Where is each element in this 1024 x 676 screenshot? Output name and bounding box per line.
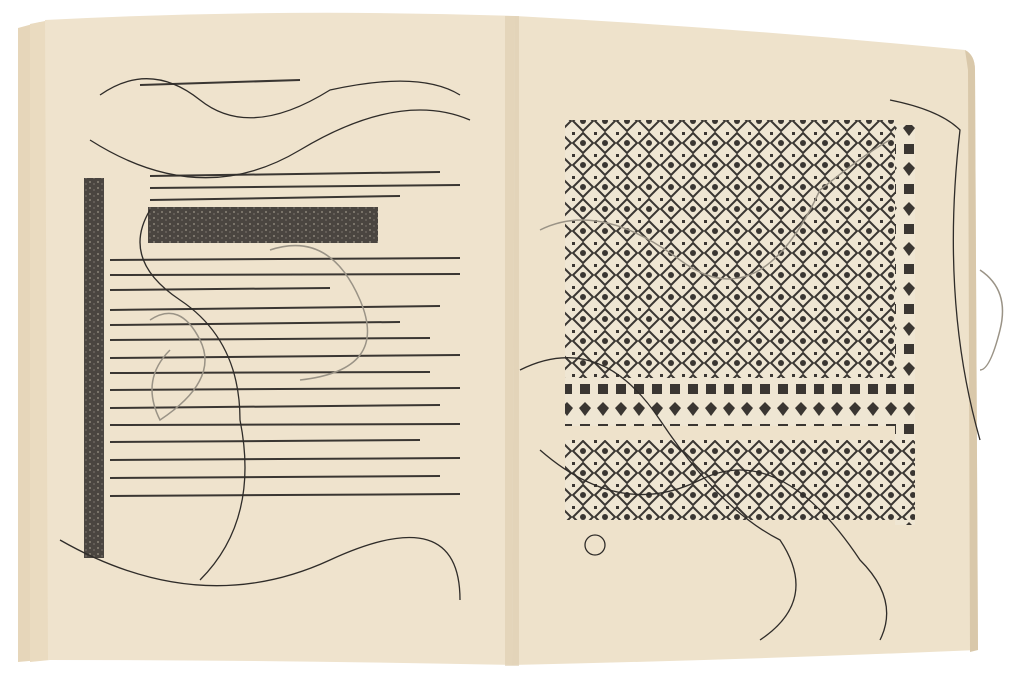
vertical-bar (84, 178, 104, 558)
dark-bar (148, 207, 378, 243)
open-book (0, 0, 1024, 676)
book-photo (0, 0, 1024, 676)
textile-pattern (565, 120, 895, 378)
textile-border (565, 378, 915, 426)
